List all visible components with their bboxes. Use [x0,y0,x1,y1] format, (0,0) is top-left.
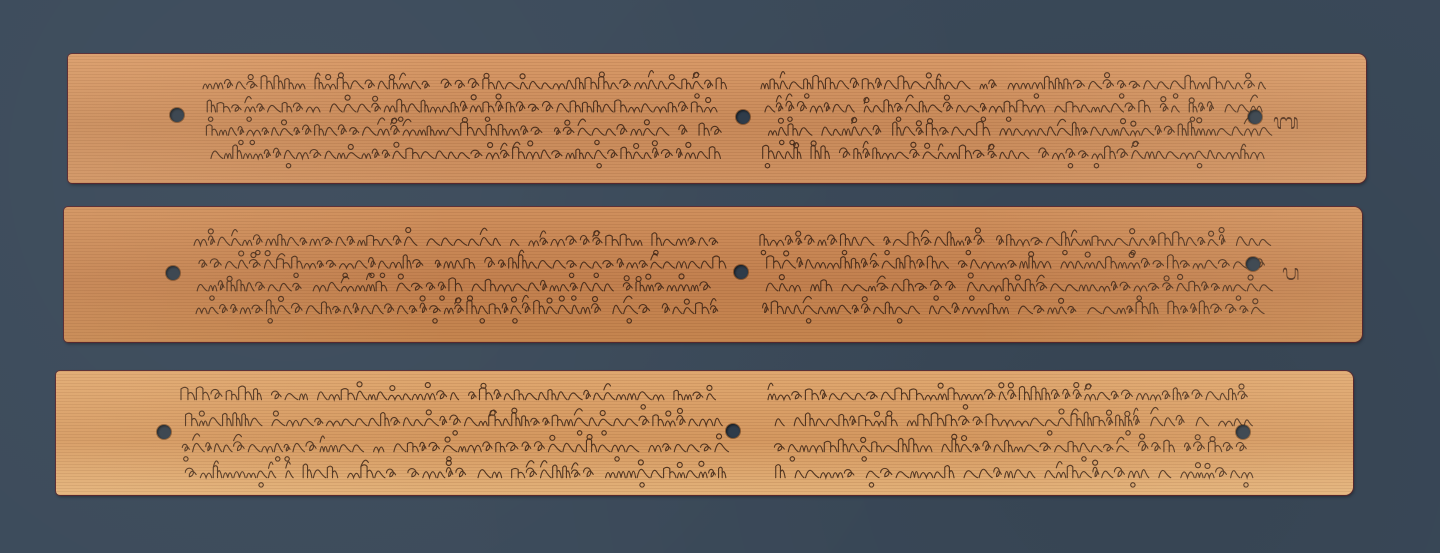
binding-hole [1248,110,1262,124]
binding-hole [1236,425,1250,439]
script-line [181,382,715,409]
script-line [767,251,1265,268]
binding-hole [1246,257,1260,271]
script-line [196,295,718,323]
script-line [775,407,1252,435]
binding-hole [166,266,180,280]
script-line [206,117,721,144]
binding-hole [157,425,171,439]
script-line [766,273,1272,300]
script-line [774,434,1246,461]
script-line [761,72,1265,99]
script-line [763,141,1264,168]
script-line [203,71,727,99]
script-line [194,228,718,255]
script-line [199,250,726,277]
inscribed-script [64,207,1362,342]
script-line [211,141,721,168]
binding-hole [734,265,748,279]
script-line [182,434,728,461]
script-line [185,460,726,487]
script-line [765,94,1262,121]
binding-hole [726,424,740,438]
palm-leaf-1: ᬩ [68,54,1366,183]
inscribed-script [56,371,1353,495]
leaf-number-mark: ᬩ [1273,112,1299,134]
script-line [207,94,717,121]
script-line [768,117,1271,144]
binding-hole [736,110,750,124]
binding-hole [170,108,184,122]
palm-leaf-2: ᬧ [64,207,1362,342]
inscribed-script [68,54,1366,183]
leaf-number-mark: ᬧ [1282,263,1300,285]
script-line [186,408,723,435]
script-line [776,460,1253,487]
script-line [768,383,1247,410]
script-line [760,228,1271,255]
palm-leaf-3 [56,371,1353,495]
script-line [763,296,1265,323]
script-line [197,273,710,300]
